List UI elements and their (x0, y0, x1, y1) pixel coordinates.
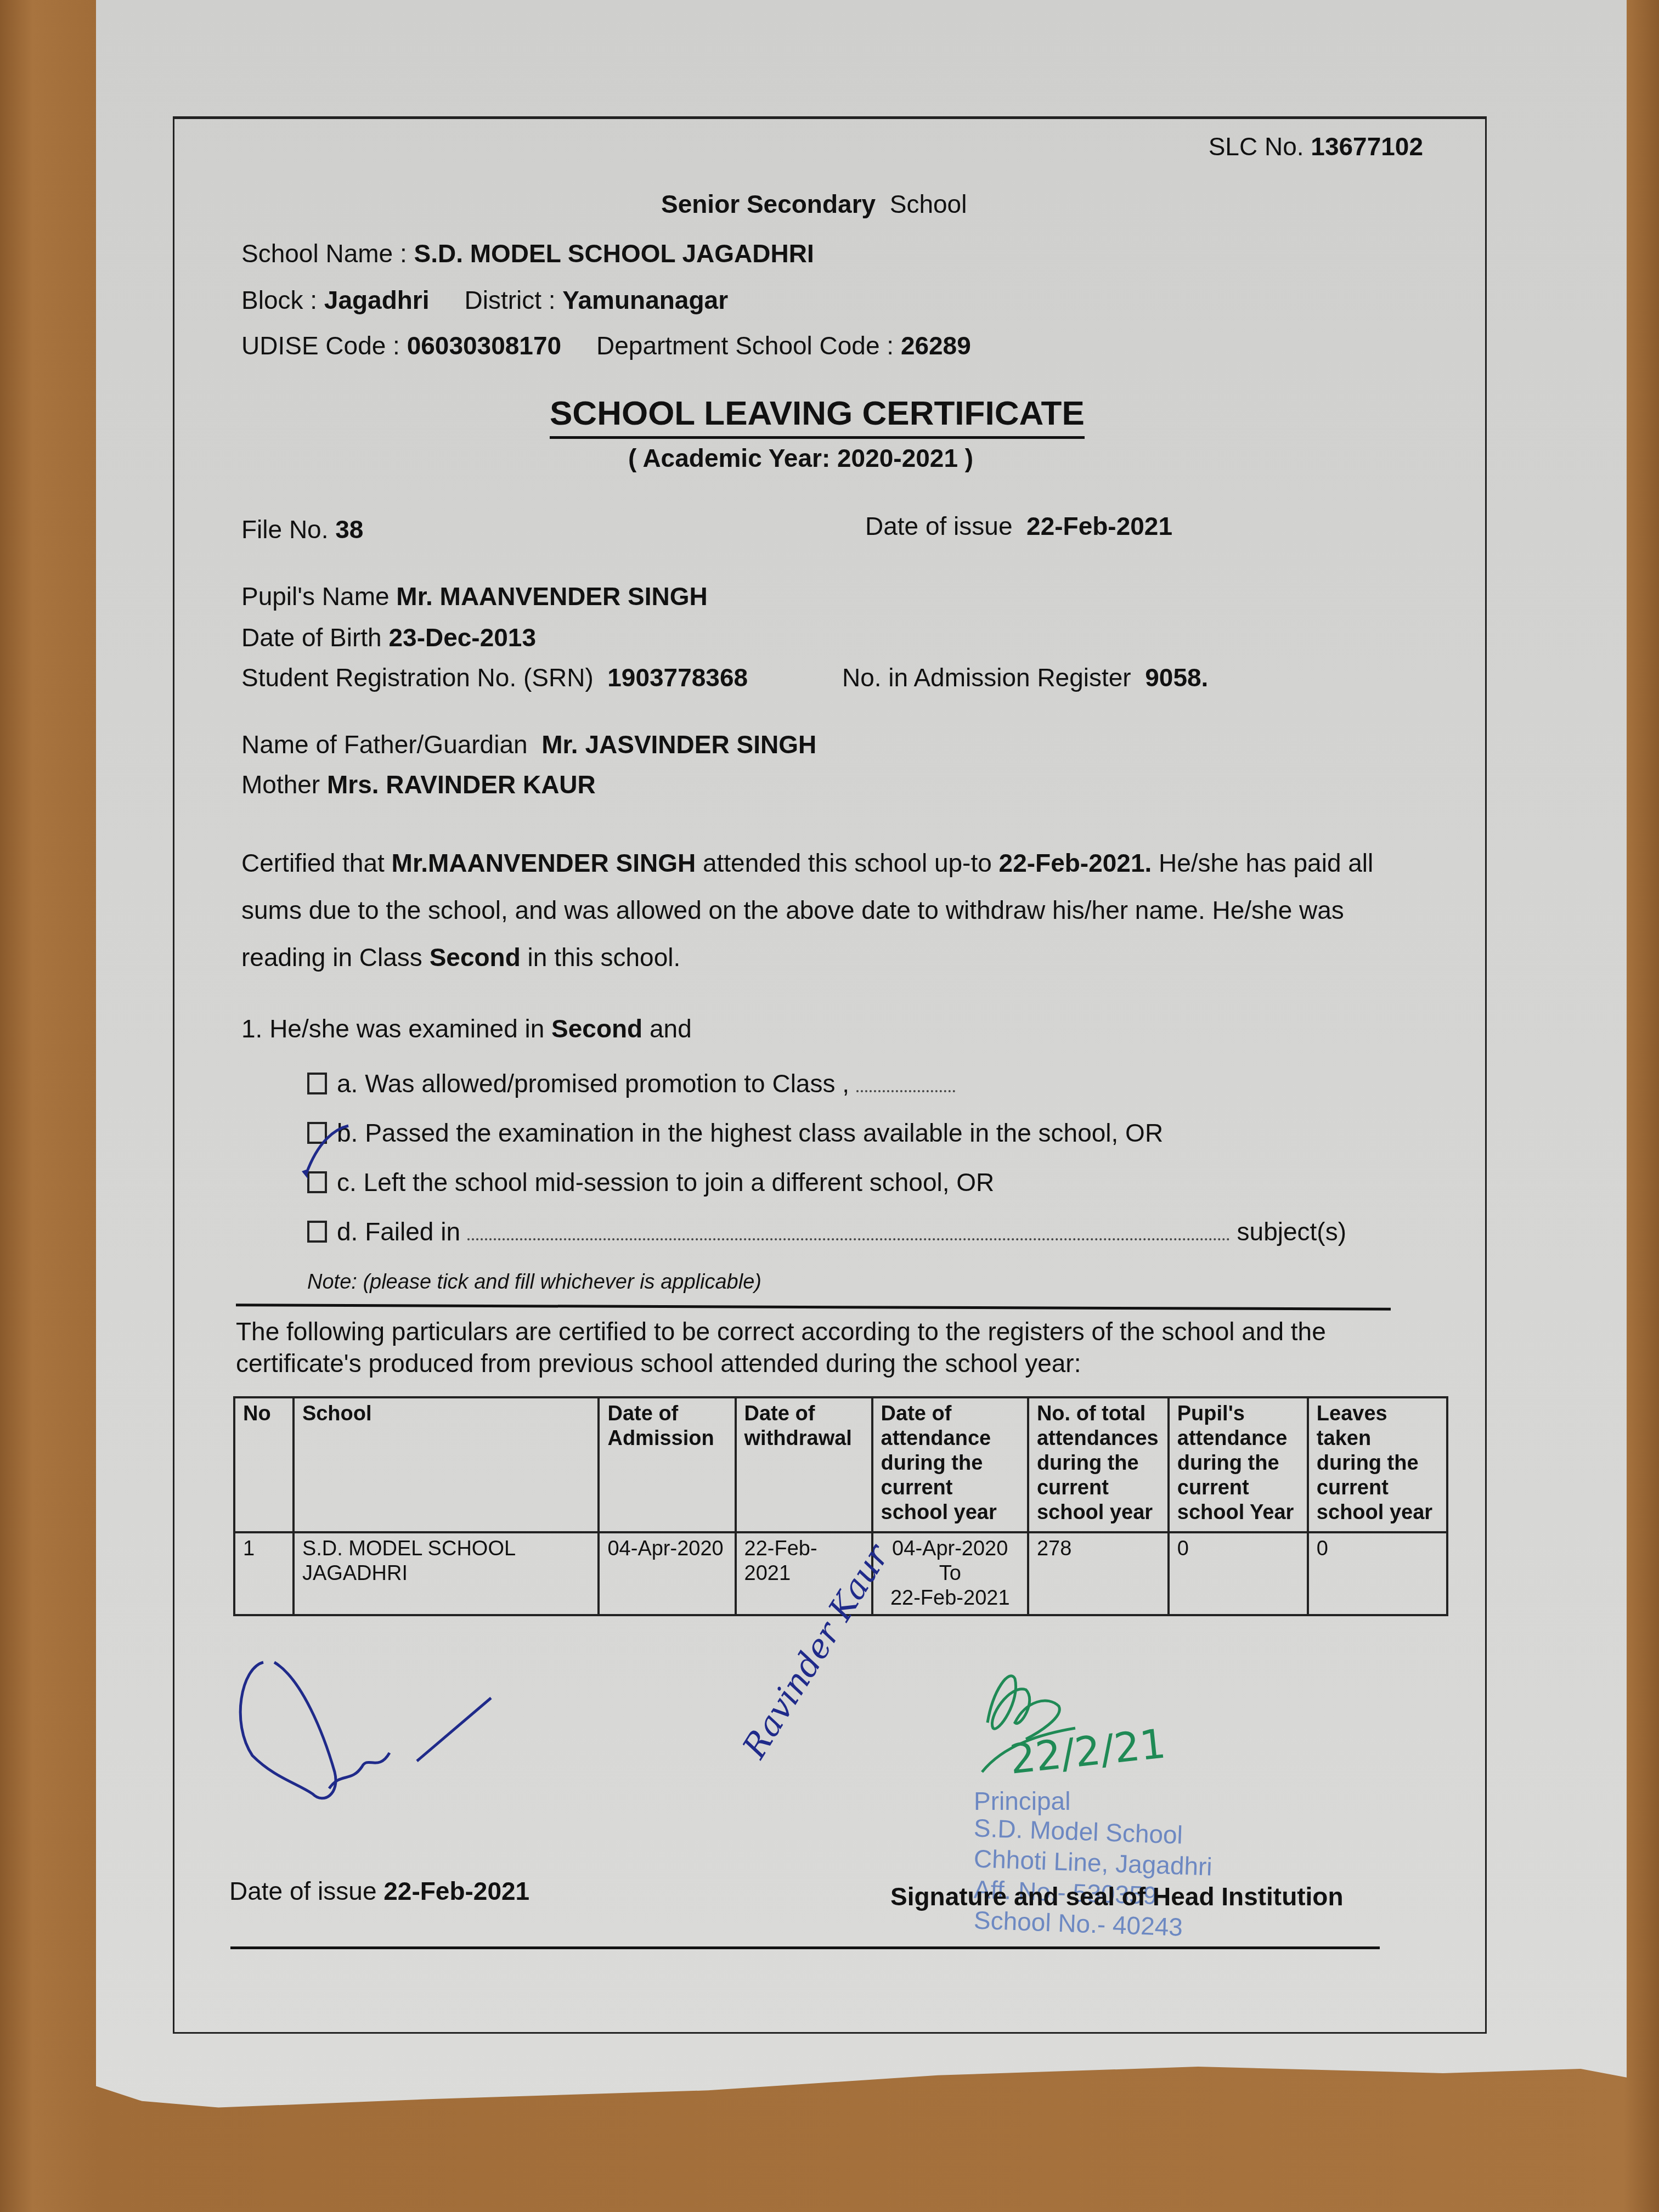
option-a[interactable]: a. Was allowed/promised promotion to Cla… (307, 1069, 955, 1098)
col-withdrawal: Date of withdrawal (736, 1397, 872, 1532)
certification-paragraph: Certified that Mr.MAANVENDER SINGH atten… (241, 839, 1421, 981)
col-admission: Date of Admission (599, 1397, 735, 1532)
col-attendance-dates: Date of attendance during the current sc… (872, 1397, 1028, 1532)
file-number: File No. 38 (241, 515, 363, 544)
mother-name: Mother Mrs. RAVINDER KAUR (241, 770, 596, 799)
col-total-attendances: No. of total attendances during the curr… (1028, 1397, 1169, 1532)
option-b[interactable]: b. Passed the examination in the highest… (307, 1118, 1163, 1148)
promotion-class-blank[interactable] (856, 1090, 955, 1092)
signature-left-icon (230, 1646, 571, 1810)
signature-label: Signature and seal of Head Institution (890, 1882, 1344, 1911)
particulars-intro: The following particulars are certified … (236, 1316, 1432, 1379)
father-name: Name of Father/Guardian Mr. JASVINDER SI… (241, 730, 816, 759)
school-stamp: Principal S.D. Model School Chhoti Line,… (974, 1786, 1212, 1939)
admission-register-number: No. in Admission Register 9058. (842, 663, 1208, 692)
col-pupil-attendance: Pupil's attendance during the current sc… (1169, 1397, 1308, 1532)
note-text: Note: (please tick and fill whichever is… (307, 1271, 761, 1294)
slc-number: SLC No. 13677102 (1209, 132, 1423, 161)
col-no: No (234, 1397, 294, 1532)
col-leaves: Leaves taken during the current school y… (1308, 1397, 1447, 1532)
certificate-title: SCHOOL LEAVING CERTIFICATE (550, 394, 1085, 439)
school-name-line: School Name : S.D. MODEL SCHOOL JAGADHRI (241, 239, 814, 268)
tick-mark-icon (296, 1119, 373, 1196)
exam-statement: 1. He/she was examined in Second and (241, 1014, 692, 1043)
col-school: School (294, 1397, 599, 1532)
udise-line: UDISE Code : 06030308170 Department Scho… (241, 331, 971, 360)
date-of-issue-bottom: Date of issue 22-Feb-2021 (229, 1876, 529, 1906)
school-type: Senior Secondary School (661, 189, 967, 219)
option-d[interactable]: d. Failed in subject(s) (307, 1217, 1346, 1246)
block-district-line: Block : Jagadhri District : Yamunanagar (241, 285, 728, 315)
option-d-checkbox[interactable] (307, 1221, 327, 1243)
table-header-row: No School Date of Admission Date of with… (234, 1397, 1447, 1532)
option-c[interactable]: c. Left the school mid-session to join a… (307, 1167, 994, 1197)
pupil-name: Pupil's Name Mr. MAANVENDER SINGH (241, 582, 708, 611)
footer-divider (230, 1946, 1380, 1949)
academic-year: ( Academic Year: 2020-2021 ) (628, 443, 973, 473)
failed-subjects-blank[interactable] (467, 1238, 1230, 1240)
option-a-checkbox[interactable] (307, 1073, 327, 1094)
attendance-dates-cell: 04-Apr-2020 To 22-Feb-2021 (872, 1532, 1028, 1615)
date-of-issue-top: Date of issue 22-Feb-2021 (865, 511, 1172, 541)
date-of-birth: Date of Birth 23-Dec-2013 (241, 623, 536, 652)
srn: Student Registration No. (SRN) 190377836… (241, 663, 748, 692)
